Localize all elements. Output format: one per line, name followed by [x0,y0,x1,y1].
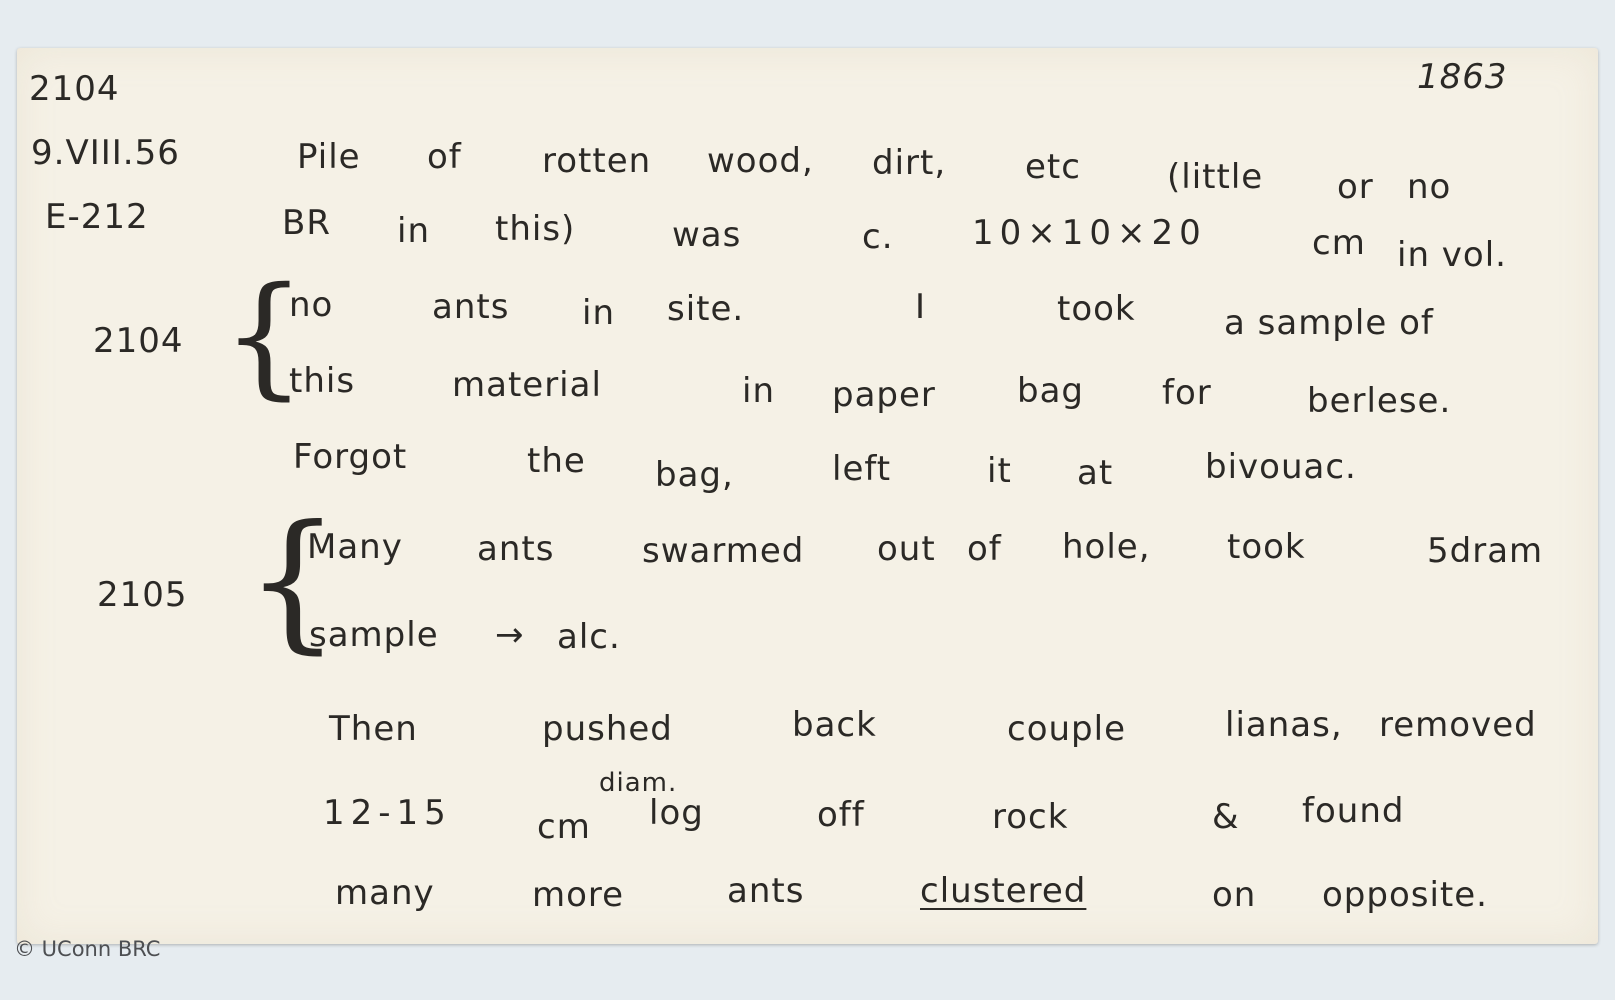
arrow-icon: → [495,618,525,652]
word: found [1302,794,1404,828]
word: paper [832,378,936,412]
word: c. [862,220,894,254]
word: alc. [557,620,621,654]
word: the [527,444,586,478]
word: rotten [542,144,651,178]
word: 12-15 [323,796,452,830]
word: no [1407,170,1451,204]
word: this) [495,212,575,246]
word: bag, [655,458,734,492]
word: cm [537,810,591,844]
word: rock [992,800,1068,834]
word: or [1337,170,1374,204]
word: bivouac. [1205,450,1357,484]
copyright-notice: © UConn BRC [14,937,160,961]
word: a sample of [1224,306,1434,340]
word: bag [1017,374,1084,408]
word: & [1212,800,1240,834]
word: couple [1007,712,1126,746]
word: Many [307,530,403,564]
field-note-card: 2104 1863 9.VIII.56 E-212 Pile of rotten… [17,48,1598,944]
word: wood, [707,144,814,178]
word: at [1077,456,1113,490]
word: off [817,798,865,832]
word-underlined: clustered [920,874,1086,908]
word: left [832,452,891,486]
word: in [582,296,615,330]
word: ants [477,532,554,566]
word: removed [1379,708,1537,742]
word: back [792,708,877,742]
card-number: 1863 [1417,60,1508,94]
collector-code: E-212 [45,200,149,234]
word: BR [282,206,331,240]
word: pushed [542,712,673,746]
word: berlese. [1307,384,1451,418]
word: ants [727,874,804,908]
word: of [967,532,1002,566]
specimen-number-2105: 2105 [97,578,188,612]
word: was [672,218,741,252]
word: dirt, [872,146,946,180]
word: Pile [297,140,361,174]
word: sample [309,618,439,652]
word: many [335,876,435,910]
word: in vol. [1397,238,1507,272]
word: this [289,364,355,398]
word: site. [667,292,744,326]
word: for [1162,376,1212,410]
word: out [877,532,936,566]
word: swarmed [642,534,804,568]
word: Forgot [293,440,407,474]
word: cm [1312,226,1366,260]
word: 10×10×20 [972,216,1207,250]
word: opposite. [1322,878,1488,912]
word: of [427,140,462,174]
word: Then [329,712,418,746]
word: etc [1025,150,1081,184]
word: no [289,288,333,322]
collection-date: 9.VIII.56 [31,136,180,170]
word: took [1227,530,1306,564]
specimen-number-2104: 2104 [93,324,184,358]
word: more [532,878,624,912]
word: in [742,374,775,408]
word: took [1057,292,1136,326]
word: lianas, [1225,708,1343,742]
word: in [397,214,430,248]
word: material [452,368,602,402]
word: log [649,796,704,830]
word: ants [432,290,509,324]
word: 5dram [1427,534,1543,568]
catalog-number: 2104 [29,72,120,106]
word: hole, [1062,530,1151,564]
word: I [915,290,926,324]
word: it [987,454,1012,488]
word: (little [1167,160,1263,194]
word: on [1212,878,1256,912]
